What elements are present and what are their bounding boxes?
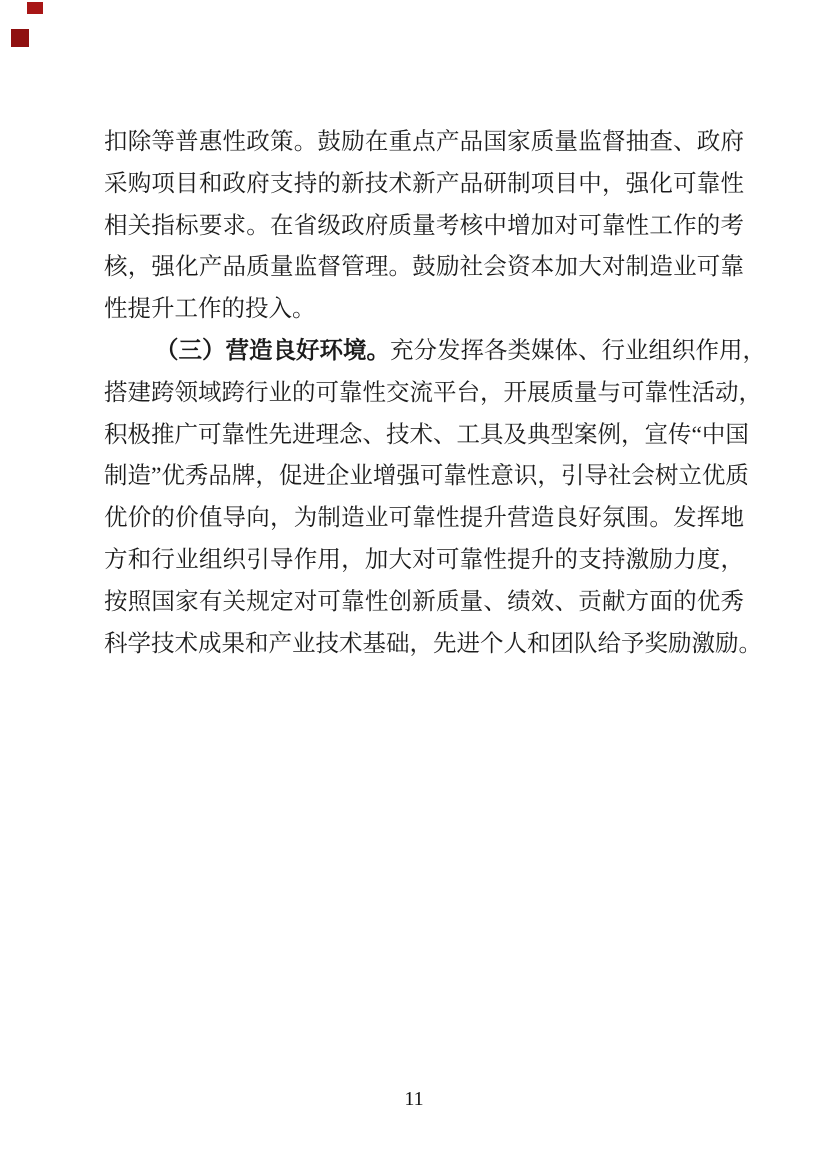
text-line: 相关指标要求。在省级政府质量考核中增加对可靠性工作的考	[104, 206, 744, 248]
text-line-content: 充分发挥各类媒体、行业组织作用，	[390, 338, 766, 364]
text-line: 核，强化产品质量监督管理。鼓励社会资本加大对制造业可靠	[104, 247, 744, 289]
text-line: （三）营造良好环境。充分发挥各类媒体、行业组织作用，	[104, 331, 744, 373]
text-line-content: 采购项目和政府支持的新技术新产品研制项目中，强化可靠性	[104, 171, 744, 197]
text-line-content: 科学技术成果和产业技术基础，先进个人和团队给予奖励激励。	[104, 631, 762, 657]
page-number: 11	[0, 1088, 828, 1110]
text-line-content: 优价的价值导向，为制造业可靠性提升营造良好氛围。发挥地	[104, 505, 744, 531]
text-line-content: 性提升工作的投入。	[104, 296, 316, 322]
red-mark-1	[27, 2, 43, 14]
text-line-content: 积极推广可靠性先进理念、技术、工具及典型案例，宣传“中国	[104, 422, 749, 448]
text-line-content: 扣除等普惠性政策。鼓励在重点产品国家质量监督抽查、政府	[104, 129, 744, 155]
text-line: 扣除等普惠性政策。鼓励在重点产品国家质量监督抽查、政府	[104, 122, 744, 164]
text-line: 科学技术成果和产业技术基础，先进个人和团队给予奖励激励。	[104, 624, 744, 666]
text-line-content: 搭建跨领域跨行业的可靠性交流平台，开展质量与可靠性活动，	[104, 380, 762, 406]
text-line: 优价的价值导向，为制造业可靠性提升营造良好氛围。发挥地	[104, 498, 744, 540]
text-line: 按照国家有关规定对可靠性创新质量、绩效、贡献方面的优秀	[104, 582, 744, 624]
text-line-content: 制造”优秀品牌，促进企业增强可靠性意识，引导社会树立优质	[104, 463, 749, 489]
text-line: 方和行业组织引导作用，加大对可靠性提升的支持激励力度，	[104, 540, 744, 582]
text-line-content: 核，强化产品质量监督管理。鼓励社会资本加大对制造业可靠	[104, 254, 744, 280]
text-line: 制造”优秀品牌，促进企业增强可靠性意识，引导社会树立优质	[104, 456, 744, 498]
text-line: 采购项目和政府支持的新技术新产品研制项目中，强化可靠性	[104, 164, 744, 206]
text-line-content: 方和行业组织引导作用，加大对可靠性提升的支持激励力度，	[104, 547, 744, 573]
body-text: 扣除等普惠性政策。鼓励在重点产品国家质量监督抽查、政府 采购项目和政府支持的新技…	[104, 122, 744, 665]
text-line: 性提升工作的投入。	[104, 289, 744, 331]
text-line: 搭建跨领域跨行业的可靠性交流平台，开展质量与可靠性活动，	[104, 373, 744, 415]
text-line: 积极推广可靠性先进理念、技术、工具及典型案例，宣传“中国	[104, 415, 744, 457]
document-page: { "page": { "number": "11", "background"…	[0, 0, 828, 1174]
text-line-content: 相关指标要求。在省级政府质量考核中增加对可靠性工作的考	[104, 213, 744, 239]
text-line-content: 按照国家有关规定对可靠性创新质量、绩效、贡献方面的优秀	[104, 589, 744, 615]
section-heading: （三）营造良好环境。	[155, 338, 390, 364]
red-mark-2	[11, 29, 29, 47]
